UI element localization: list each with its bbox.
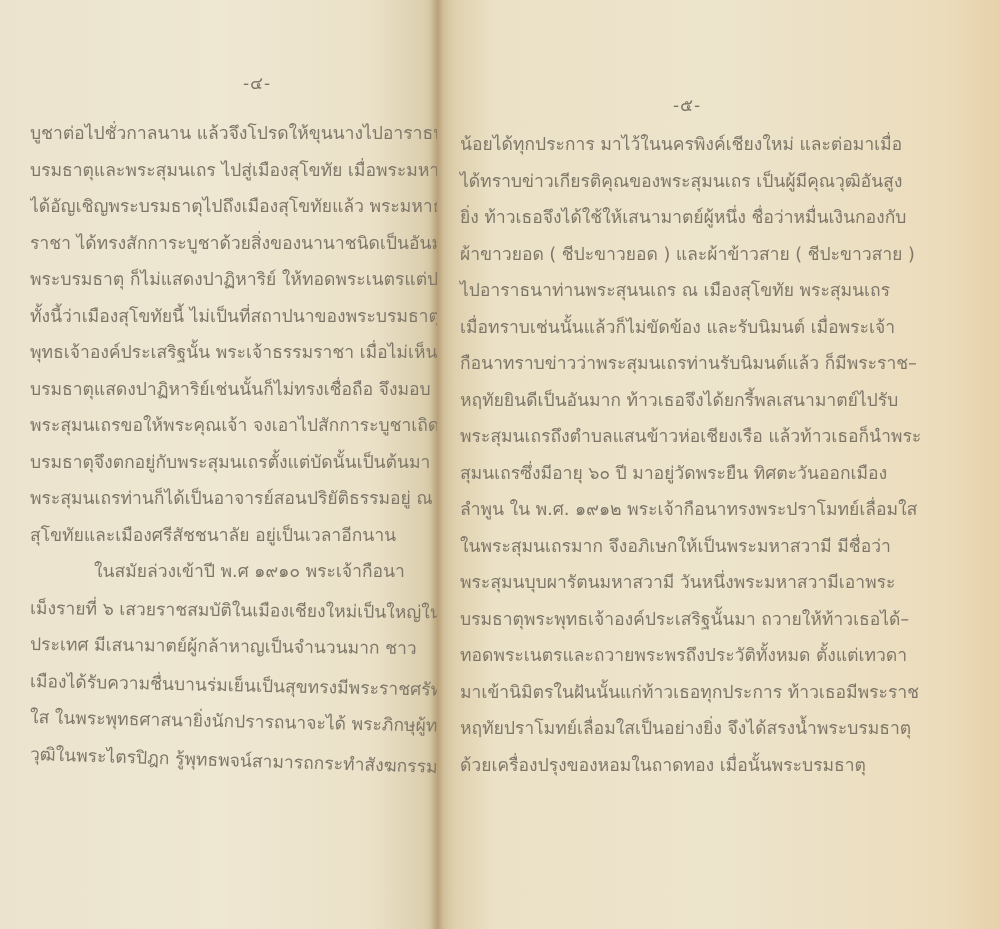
text-line: หฤทัยยินดีเป็นอันมาก ท้าวเธอจึงได้ยกรี้พ… (460, 383, 980, 420)
paragraph-start-line: ในสมัยล่วงเข้าปี พ.ศ ๑๙๑๐ พระเจ้ากือนา (30, 554, 437, 591)
text-line: ไปอาราธนาท่านพระสุนนเถร ณ เมืองสุโขทัย พ… (460, 273, 980, 310)
text-line: ลำพูน ใน พ.ศ. ๑๙๑๒ พระเจ้ากือนาทรงพระปรา… (460, 492, 980, 529)
text-line: น้อยได้ทุกประการ มาไว้ในนครพิงค์เชียงใหม… (460, 127, 980, 164)
text-line: พระสุมนเถรถึงตำบลแสนข้าวห่อเชียงเรือ แล้… (460, 419, 980, 456)
text-line: สุมนเถรซึ่งมีอายุ ๖๐ ปี มาอยู่วัดพระยืน … (460, 456, 980, 493)
text-line: ได้ทราบข่าวเกียรติคุณของพระสุมนเถร เป็นผ… (460, 164, 980, 201)
text-line: ได้อัญเชิญพระบรมธาตุไปถึงเมืองสุโขทัยแล้… (30, 189, 437, 226)
text-line: ในพระสุมนเถรมาก จึงอภิเษกให้เป็นพระมหาสว… (460, 529, 980, 566)
text-line: บูชาต่อไปชั่วกาลนาน แล้วจึงโปรดให้ขุนนาง… (30, 116, 437, 153)
text-line: ทั้งนี้ว่าเมืองสุโขทัยนี้ ไม่เป็นที่สถาป… (30, 299, 437, 336)
text-line: เม็งรายที่ ๖ เสวยราชสมบัติในเมืองเชียงให… (30, 591, 437, 632)
page-number: -๕- (673, 92, 701, 119)
text-line: บรมธาตุจึงตกอยู่กับพระสุมนเถรตั้งแต่บัดน… (30, 445, 437, 482)
text-line: พระสุมนเถรท่านก็ได้เป็นอาจารย์สอนปริยัติ… (30, 481, 437, 518)
text-line: พระสุมนเถรขอให้พระคุณเจ้า จงเอาไปสักการะ… (30, 408, 437, 445)
text-line: บรมธาตุพระพุทธเจ้าองค์ประเสริฐนั้นมา ถวา… (460, 602, 980, 639)
text-line: ผ้าขาวยอด ( ชีปะขาวยอด ) และผ้าข้าวสาย (… (460, 237, 980, 274)
text-line: ยิ่ง ท้าวเธอจึงได้ใช้ให้เสนามาตย์ผู้หนึ่… (460, 200, 980, 237)
left-page: -๔- บูชาต่อไปชั่วกาลนาน แล้วจึงโปรดให้ขุ… (0, 0, 437, 929)
text-line: ราชา ได้ทรงสักการะบูชาด้วยสิ่งของนานาชนิ… (30, 226, 437, 263)
text-line: มาเข้านิมิตรในฝันนั้นแก่ท้าวเธอทุกประการ… (460, 675, 980, 712)
text-line: พระสุมนบุบผารัตนมหาสวามี วันหนึ่งพระมหาส… (460, 565, 980, 602)
page-number: -๔- (243, 70, 271, 97)
left-page-text: บูชาต่อไปชั่วกาลนาน แล้วจึงโปรดให้ขุนนาง… (30, 116, 437, 773)
text-line: สุโขทัยและเมืองศรีสัชชนาลัย อยู่เป็นเวลา… (30, 518, 437, 555)
text-line: บรมธาตุและพระสุมนเถร ไปสู่เมืองสุโขทัย เ… (30, 153, 437, 190)
text-line: กือนาทราบข่าวว่าพระสุมนเถรท่านรับนิมนต์แ… (460, 346, 980, 383)
text-line: เมื่อทราบเช่นนั้นแล้วก็ไม่ขัดข้อง และรับ… (460, 310, 980, 347)
text-line: ประเทศ มีเสนามาตย์ผู้กล้าหาญเป็นจำนวนมาก… (30, 627, 437, 668)
right-page-text: น้อยได้ทุกประการ มาไว้ในนครพิงค์เชียงใหม… (460, 127, 980, 784)
text-line: ด้วยเครื่องปรุงของหอมในถาดทอง เมื่อนั้นพ… (460, 748, 980, 785)
text-line: ทอดพระเนตรและถวายพระพรถึงประวัติทั้งหมด … (460, 638, 980, 675)
text-line: หฤทัยปราโมทย์เลื่อมใสเป็นอย่างยิ่ง จึงได… (460, 711, 980, 748)
text-line: พระบรมธาตุ ก็ไม่แสดงปาฏิหาริย์ ให้ทอดพระ… (30, 262, 437, 299)
text-line: พุทธเจ้าองค์ประเสริฐนั้น พระเจ้าธรรมราชา… (30, 335, 437, 372)
text-line: บรมธาตุแสดงปาฏิหาริย์เช่นนั้นก็ไม่ทรงเชื… (30, 372, 437, 409)
